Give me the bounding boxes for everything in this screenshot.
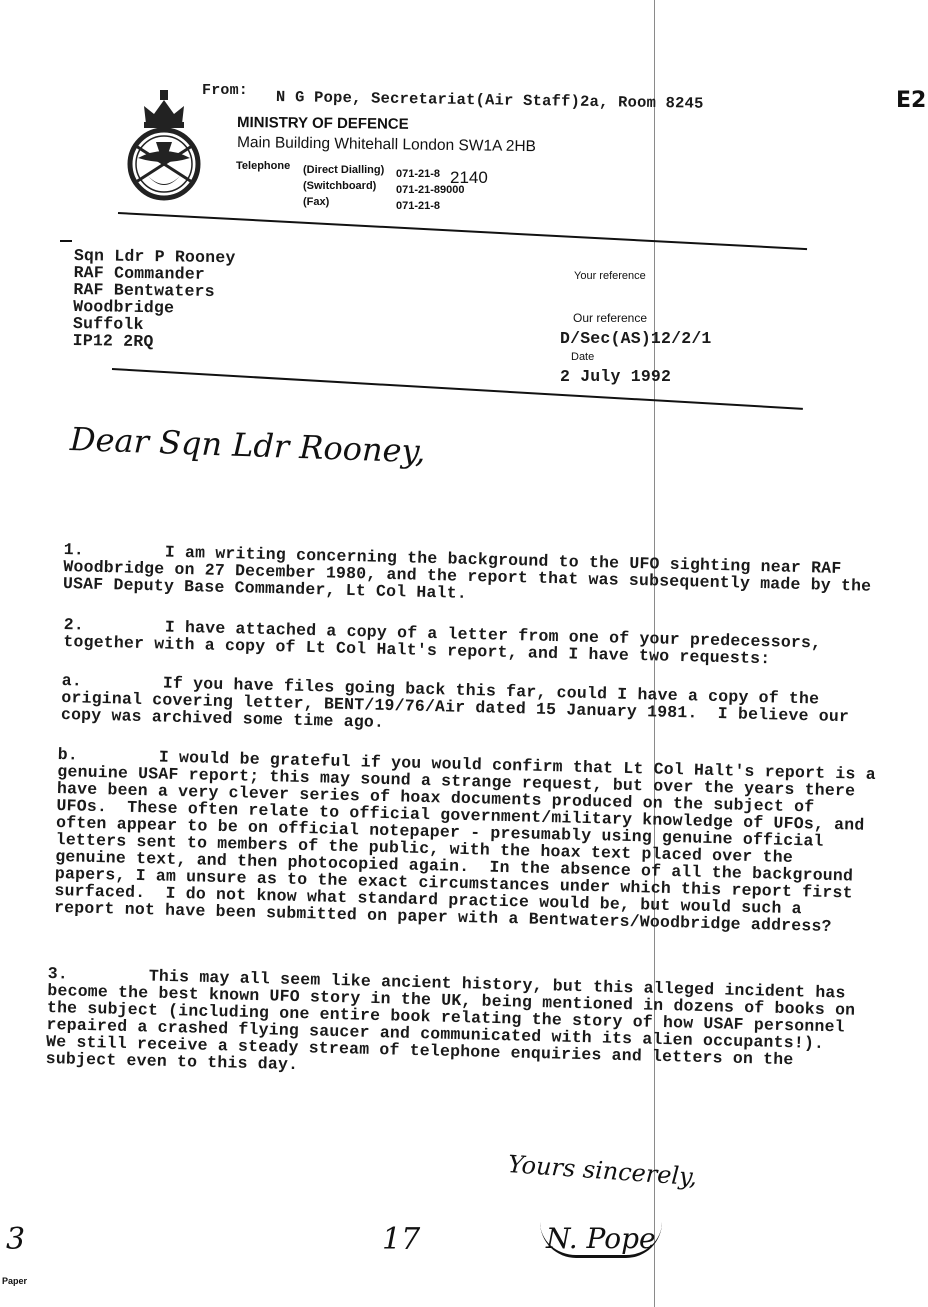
paragraph-b: b. I would be grateful if you would conf… bbox=[54, 746, 876, 936]
page-number: 17 bbox=[382, 1222, 420, 1257]
date-value: 2 July 1992 bbox=[560, 367, 671, 386]
phone-direct-label: (Direct Dialling) bbox=[303, 164, 384, 176]
org-name: MINISTRY OF DEFENCE bbox=[237, 114, 409, 133]
date-label: Date bbox=[571, 351, 594, 363]
telephone-label: Telephone bbox=[236, 160, 290, 172]
header-divider bbox=[118, 212, 807, 250]
address-mark bbox=[60, 240, 72, 242]
recipient-line: IP12 2RQ bbox=[73, 332, 235, 351]
mod-crest-icon bbox=[116, 84, 212, 204]
from-value: N G Pope, Secretariat(Air Staff)2a, Room… bbox=[276, 88, 704, 113]
phone-fax-label: (Fax) bbox=[303, 196, 329, 208]
our-reference-label: Our reference bbox=[573, 311, 647, 325]
paragraph-3: 3. This may all seem like ancient histor… bbox=[46, 965, 856, 1087]
signature: N. Pope bbox=[540, 1222, 662, 1258]
paragraph-1: 1. I am writing concerning the backgroun… bbox=[63, 541, 872, 612]
recipient-address: Sqn Ldr P Rooney RAF Commander RAF Bentw… bbox=[73, 247, 236, 351]
org-address: Main Building Whitehall London SW1A 2HB bbox=[237, 134, 536, 156]
our-reference-value: D/Sec(AS)12/2/1 bbox=[560, 329, 712, 348]
margin-mark: 3 bbox=[6, 1222, 25, 1257]
phone-fax-number: 071-21-8 bbox=[396, 200, 440, 212]
from-label: From: bbox=[202, 82, 248, 99]
file-mark: E2 bbox=[896, 88, 926, 113]
phone-switchboard-label: (Switchboard) bbox=[303, 180, 376, 192]
footer-fragment: Paper bbox=[2, 1276, 27, 1286]
address-divider bbox=[112, 368, 803, 410]
phone-direct-number: 071-21-8 bbox=[396, 168, 440, 180]
paragraph-a: a. If you have files going back this far… bbox=[61, 672, 850, 742]
closing: Yours sincerely, bbox=[507, 1150, 698, 1191]
your-reference-label: Your reference bbox=[574, 270, 646, 282]
salutation: Dear Sqn Ldr Rooney, bbox=[69, 420, 426, 470]
phone-switchboard-number: 071-21-89000 bbox=[396, 184, 465, 196]
paragraph-2: 2. I have attached a copy of a letter fr… bbox=[63, 616, 821, 669]
